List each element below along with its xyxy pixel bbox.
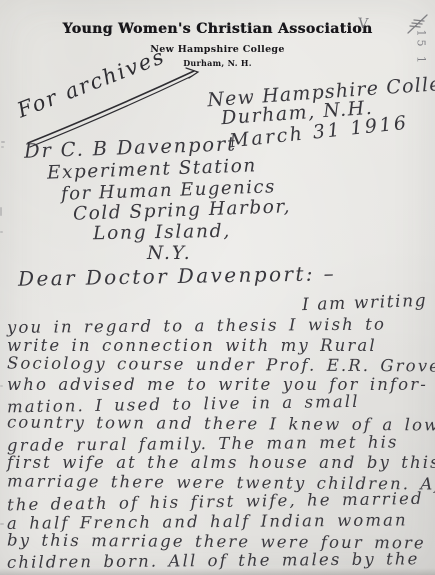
salutation: Dear Doctor Davenport: – <box>18 261 336 291</box>
body-line: first wife at the alms house and by this <box>7 453 435 473</box>
body-line: grade rural family. The man met his <box>7 432 435 455</box>
edge-archive-number: 15 1 <box>415 30 428 76</box>
body-line: a half French and half Indian woman <box>7 510 435 533</box>
body-opening-phrase: I am writing <box>302 291 428 315</box>
recipient-region: Long Island, <box>93 221 231 244</box>
pencil-check-mark: V <box>357 16 368 33</box>
body-line: Sociology course under Prof. E.R. Groves <box>7 354 435 377</box>
letterhead-organization: Young Women's Christian Association <box>0 21 435 37</box>
body-text: you in regard to a thesis I wish to writ… <box>7 316 435 571</box>
body-line: country town and there I knew of a low <box>7 412 435 435</box>
letterhead-city: Durham, N. H. <box>0 58 435 68</box>
body-line: you in regard to a thesis I wish to <box>7 314 435 337</box>
recipient-state: N.Y. <box>147 243 192 264</box>
body-line: write in connection with my Rural <box>7 336 435 356</box>
body-line: children born. All of the males by the <box>7 549 435 572</box>
scan-artifact <box>0 231 3 233</box>
scan-artifact <box>0 207 2 216</box>
archive-note: For archives <box>14 44 169 122</box>
letter-page: Young Women's Christian Association New … <box>0 0 435 575</box>
scan-artifact <box>0 523 4 525</box>
scan-artifact <box>0 385 3 387</box>
letterhead-college: New Hampshire College <box>0 44 435 55</box>
scan-artifact <box>1 141 5 143</box>
scan-artifact <box>1 146 4 148</box>
